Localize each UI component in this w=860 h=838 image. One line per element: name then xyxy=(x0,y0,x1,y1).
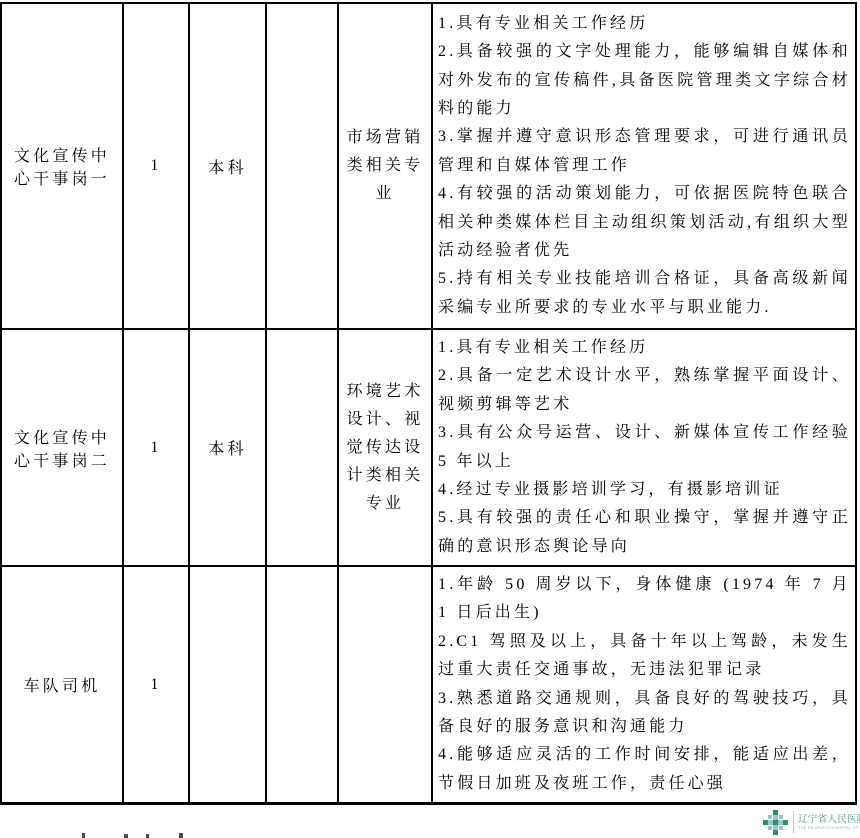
requirement-item: 5.持有相关专业技能培训合格证，具备高级新闻采编专业所要求的专业水平与职业能力. xyxy=(438,265,851,322)
requirement-item: 2.具备较强的文字处理能力，能够编辑自媒体和对外发布的宣传稿件,具备医院管理类文… xyxy=(438,38,851,123)
requirement-item: 2.C1 驾照及以上，具备十年以上驾龄，未发生过重大责任交通事故，无违法犯罪记录 xyxy=(438,628,851,685)
cell-job-title: 文化宣传中心干事岗二 xyxy=(1,329,123,566)
cell-major xyxy=(338,566,432,804)
cell-requirements: 1.具有专业相关工作经历 2.具备一定艺术设计水平，熟练掌握平面设计、视频剪辑等… xyxy=(432,329,856,566)
table-row: 车队司机 1 1.年龄 50 周岁以下，身体健康 (1974 年 7 月 1 日… xyxy=(1,566,856,804)
cell-blank xyxy=(266,329,338,566)
cell-education xyxy=(189,566,266,804)
hospital-cross-icon xyxy=(763,810,788,835)
requirement-item: 1.具有专业相关工作经历 xyxy=(438,10,851,38)
recruitment-table: 文化宣传中心干事岗一 1 本科 市场营销类相关专业 1.具有专业相关工作经历 2… xyxy=(0,2,857,805)
cell-education: 本科 xyxy=(189,3,266,329)
requirement-item: 1.年龄 50 周岁以下，身体健康 (1974 年 7 月 1 日后出生) xyxy=(438,571,851,628)
hospital-name: 辽宁省人民医院 xyxy=(798,814,860,825)
requirement-item: 3.熟悉道路交通规则，具备良好的驾驶技巧，具备良好的服务意识和沟通能力 xyxy=(438,685,851,742)
table-row: 文化宣传中心干事岗二 1 本科 环境艺术设计、视觉传达设计类相关专业 1.具有专… xyxy=(1,329,856,566)
logo-text-block: 辽宁省人民医院 THE PEOPLE'S HOSPITAL OF LIAONIN… xyxy=(798,814,860,830)
requirement-item: 3.具有公众号运营、设计、新媒体宣传工作经验 5 年以上 xyxy=(438,419,851,476)
requirement-item: 3.掌握并遵守意识形态管理要求，可进行通讯员管理和自媒体管理工作 xyxy=(438,123,851,180)
cell-headcount: 1 xyxy=(123,329,189,566)
cell-headcount: 1 xyxy=(123,3,189,329)
cell-job-title: 车队司机 xyxy=(1,566,123,804)
requirement-item: 4.有较强的活动策划能力，可依据医院特色联合相关种类媒体栏目主动组织策划活动,有… xyxy=(438,180,851,265)
table-row: 文化宣传中心干事岗一 1 本科 市场营销类相关专业 1.具有专业相关工作经历 2… xyxy=(1,3,856,329)
cell-education: 本科 xyxy=(189,329,266,566)
requirement-item: 1.具有专业相关工作经历 xyxy=(438,334,851,362)
cell-requirements: 1.具有专业相关工作经历 2.具备较强的文字处理能力，能够编辑自媒体和对外发布的… xyxy=(432,3,856,329)
requirement-item: 4.能够适应灵活的工作时间安排，能适应出差，节假日加班及夜班工作，责任心强 xyxy=(438,741,851,798)
requirement-item: 2.具备一定艺术设计水平，熟练掌握平面设计、视频剪辑等艺术 xyxy=(438,362,851,419)
hospital-logo: 辽宁省人民医院 THE PEOPLE'S HOSPITAL OF LIAONIN… xyxy=(763,808,860,836)
cell-blank xyxy=(266,3,338,329)
cell-blank xyxy=(266,566,338,804)
hospital-name-en: THE PEOPLE'S HOSPITAL OF LIAONING PROVIN… xyxy=(798,825,860,830)
document-page: 文化宣传中心干事岗一 1 本科 市场营销类相关专业 1.具有专业相关工作经历 2… xyxy=(0,0,860,838)
cell-major: 环境艺术设计、视觉传达设计类相关专业 xyxy=(338,329,432,566)
cell-requirements: 1.年龄 50 周岁以下，身体健康 (1974 年 7 月 1 日后出生) 2.… xyxy=(432,566,856,804)
cell-headcount: 1 xyxy=(123,566,189,804)
cell-major: 市场营销类相关专业 xyxy=(338,3,432,329)
logo-divider xyxy=(793,811,794,833)
requirement-item: 4.经过专业摄影培训学习，有摄影培训证 xyxy=(438,476,851,504)
requirement-item: 5.具有较强的责任心和职业操守，掌握并遵守正确的意识形态舆论导向 xyxy=(438,504,851,561)
cell-job-title: 文化宣传中心干事岗一 xyxy=(1,3,123,329)
